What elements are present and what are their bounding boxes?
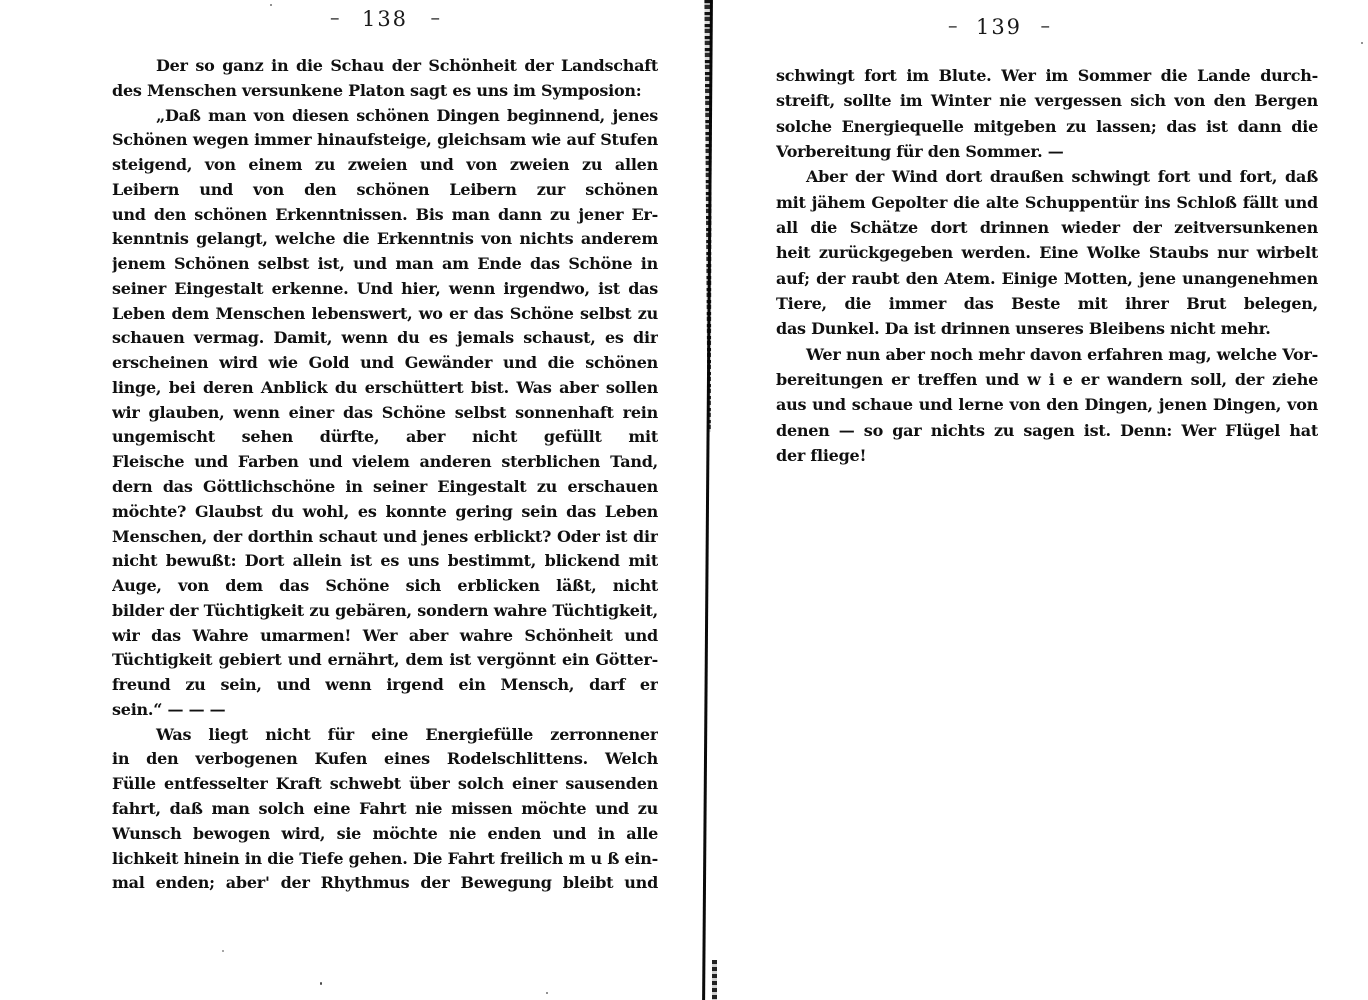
text-line: des Menschen versunkene Platon sagt es u… [112,79,658,104]
text-line: Vorbereitung für den Sommer. — [776,139,1318,164]
folio-dash-icon: – [431,7,441,29]
text-line: in den verbogenen Kufen eines Rodelschli… [112,747,658,772]
text-line: mal enden; aber' der Rhythmus der Bewegu… [112,871,658,896]
left-page-number: 138 [362,7,408,31]
right-page-number: 139 [976,15,1022,39]
text-line: schwingt fort im Blute. Wer im Sommer di… [776,63,1318,88]
text-line: Tüchtigkeit gebiert und ernährt, dem ist… [112,648,658,673]
text-line: auf; der raubt den Atem. Einige Motten, … [776,266,1318,291]
text-line: linge, bei deren Anblick du erschüttert … [112,376,658,401]
text-line: Der so ganz in die Schau der Schönheit d… [112,54,658,79]
text-line: wir glauben, wenn einer das Schöne selbs… [112,401,658,426]
left-page-folio: – 138 – [330,7,440,31]
text-line: möchte? Glaubst du wohl, es konnte gerin… [112,500,658,525]
text-line: kenntnis gelangt, welche die Erkenntnis … [112,227,658,252]
text-line: streift, sollte im Winter nie vergessen … [776,88,1318,113]
text-line: Wunsch bewogen wird, sie möchte nie ende… [112,822,658,847]
text-line: Wer nun aber noch mehr davon erfahren ma… [776,342,1318,367]
text-line: Leben dem Menschen lebenswert, wo er das… [112,302,658,327]
text-line: Schönen wegen immer hinaufsteige, gleich… [112,128,658,153]
folio-dash-icon: – [330,7,340,29]
text-line: Auge, von dem das Schöne sich erblicken … [112,574,658,599]
text-line: sein.“ — — — [112,698,658,723]
text-line: Fleische und Farben und vielem anderen s… [112,450,658,475]
text-line: mit jähem Gepolter die alte Schuppentür … [776,190,1318,215]
right-page-folio: – 139 – [948,15,1050,39]
text-line: bilder der Tüchtigkeit zu gebären, sonde… [112,599,658,624]
text-line: und den schönen Erkenntnissen. Bis man d… [112,203,658,228]
text-line: freund zu sein, und wenn irgend ein Mens… [112,673,658,698]
text-line: denen — so gar nichts zu sagen ist. Denn… [776,418,1318,443]
text-line: aus und schaue und lerne von den Dingen,… [776,392,1318,417]
scan-speck [320,982,322,985]
text-line: jenem Schönen selbst ist, und man am End… [112,252,658,277]
text-line: Menschen, der dorthin schaut und jenes e… [112,525,658,550]
page-gutter-texture [704,0,712,432]
text-line: Tiere, die immer das Beste mit ihrer Bru… [776,291,1318,316]
text-line: nicht bewußt: Dort allein ist es uns bes… [112,549,658,574]
text-line: „Daß man von diesen schönen Dingen begin… [112,104,658,129]
right-page-text: schwingt fort im Blute. Wer im Sommer di… [776,63,1318,469]
left-page-text: Der so ganz in die Schau der Schönheit d… [112,54,658,896]
text-line: lichkeit hinein in die Tiefe gehen. Die … [112,847,658,872]
text-line: wir das Wahre umarmen! Wer aber wahre Sc… [112,624,658,649]
book-scan: { "colors":{ "paper":"#ffffff", "ink":"#… [0,0,1368,1000]
folio-dash-icon: – [1041,15,1051,37]
text-line: Was liegt nicht für eine Energiefülle ze… [112,723,658,748]
text-line: dern das Göttlichschöne in seiner Einges… [112,475,658,500]
text-line: all die Schätze dort drinnen wieder der … [776,215,1318,240]
folio-dash-icon: – [948,15,958,37]
text-line: Fülle entfesselter Kraft schwebt über so… [112,772,658,797]
text-line: seiner Eingestalt erkenne. Und hier, wen… [112,277,658,302]
scan-speck [270,4,272,6]
text-line: Aber der Wind dort draußen schwingt fort… [776,164,1318,189]
scan-speck [222,950,224,952]
text-line: steigend, von einem zu zweien und von zw… [112,153,658,178]
page-gutter-blob [712,960,717,1000]
text-line: solche Energiequelle mitgeben zu lassen;… [776,114,1318,139]
text-line: fahrt, daß man solch eine Fahrt nie miss… [112,797,658,822]
text-line: das Dunkel. Da ist drinnen unseres Bleib… [776,316,1318,341]
text-line: erscheinen wird wie Gold und Gewänder un… [112,351,658,376]
text-line: der fliege! [776,443,1318,468]
scan-speck [1361,42,1363,44]
text-line: heit zurückgegeben werden. Eine Wolke St… [776,240,1318,265]
scan-speck [546,992,548,994]
text-line: Leibern und von den schönen Leibern zur … [112,178,658,203]
text-line: schauen vermag. Damit, wenn du es jemals… [112,326,658,351]
text-line: ungemischt sehen dürfte, aber nicht gefü… [112,425,658,450]
text-line: bereitungen er treffen und w i e er wand… [776,367,1318,392]
